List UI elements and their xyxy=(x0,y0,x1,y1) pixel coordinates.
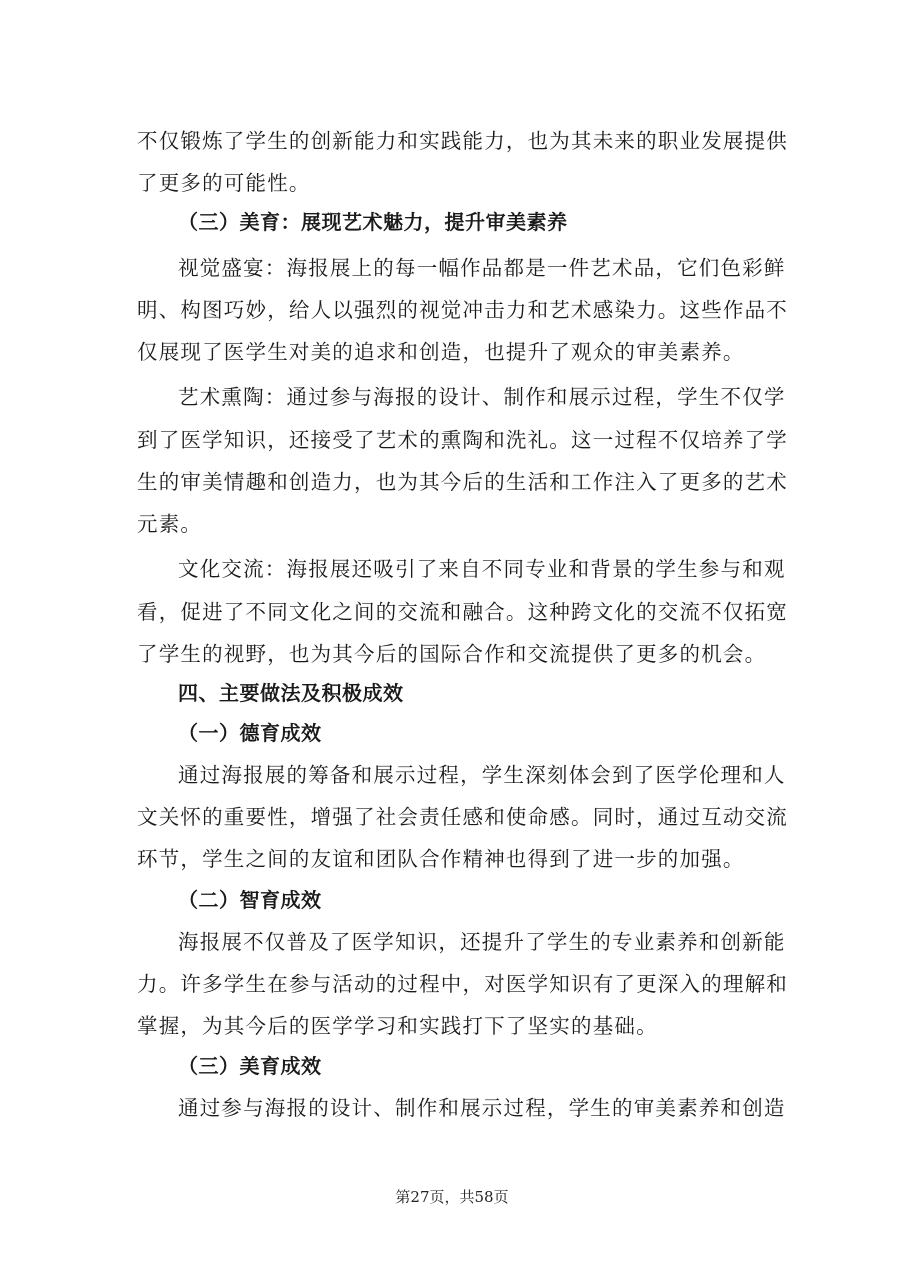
paragraph-line: 不仅锻炼了学生的创新能力和实践能力，也为其未来的职业发展提供 xyxy=(137,126,777,156)
subsection-heading: （三）美育：展现艺术魅力，提升审美素养 xyxy=(178,207,818,237)
paragraph-first-line: 通过海报展的筹备和展示过程，学生深刻体会到了医学伦理和人 xyxy=(178,760,818,790)
paragraph-first-line: 海报展不仅普及了医学知识，还提升了学生的专业素养和创新能 xyxy=(178,927,818,957)
document-page: 不仅锻炼了学生的创新能力和实践能力，也为其未来的职业发展提供了更多的可能性。（三… xyxy=(0,0,904,1280)
subsection-heading: （一）德育成效 xyxy=(178,718,818,748)
paragraph-line: 仅展现了医学生对美的追求和创造，也提升了观众的审美素养。 xyxy=(137,337,777,367)
page-footer: 第27页，共58页 xyxy=(0,1186,904,1207)
paragraph-first-line: 通过参与海报的设计、制作和展示过程，学生的审美素养和创造 xyxy=(178,1093,818,1123)
subsection-heading: （三）美育成效 xyxy=(178,1051,818,1081)
paragraph-first-line: 文化交流：海报展还吸引了来自不同专业和背景的学生参与和观 xyxy=(178,554,818,584)
paragraph-line: 明、构图巧妙，给人以强烈的视觉冲击力和艺术感染力。这些作品不 xyxy=(137,295,777,325)
paragraph-line: 了学生的视野，也为其今后的国际合作和交流提供了更多的机会。 xyxy=(137,639,777,669)
paragraph-line: 力。许多学生在参与活动的过程中，对医学知识有了更深入的理解和 xyxy=(137,969,777,999)
paragraph-line: 元素。 xyxy=(137,509,777,539)
section-heading: 四、主要做法及积极成效 xyxy=(178,678,818,708)
paragraph-line: 文关怀的重要性，增强了社会责任感和使命感。同时，通过互动交流 xyxy=(137,802,777,832)
paragraph-line: 环节，学生之间的友谊和团队合作精神也得到了进一步的加强。 xyxy=(137,844,777,874)
subsection-heading: （二）智育成效 xyxy=(178,885,818,915)
paragraph-line: 看，促进了不同文化之间的交流和融合。这种跨文化的交流不仅拓宽 xyxy=(137,597,777,627)
paragraph-line: 生的审美情趣和创造力，也为其今后的生活和工作注入了更多的艺术 xyxy=(137,467,777,497)
paragraph-first-line: 视觉盛宴：海报展上的每一幅作品都是一件艺术品，它们色彩鲜 xyxy=(178,253,818,283)
paragraph-line: 掌握，为其今后的医学学习和实践打下了坚实的基础。 xyxy=(137,1011,777,1041)
paragraph-line: 了更多的可能性。 xyxy=(137,168,777,198)
paragraph-first-line: 艺术熏陶：通过参与海报的设计、制作和展示过程，学生不仅学 xyxy=(178,382,818,412)
paragraph-line: 到了医学知识，还接受了艺术的熏陶和洗礼。这一过程不仅培养了学 xyxy=(137,425,777,455)
